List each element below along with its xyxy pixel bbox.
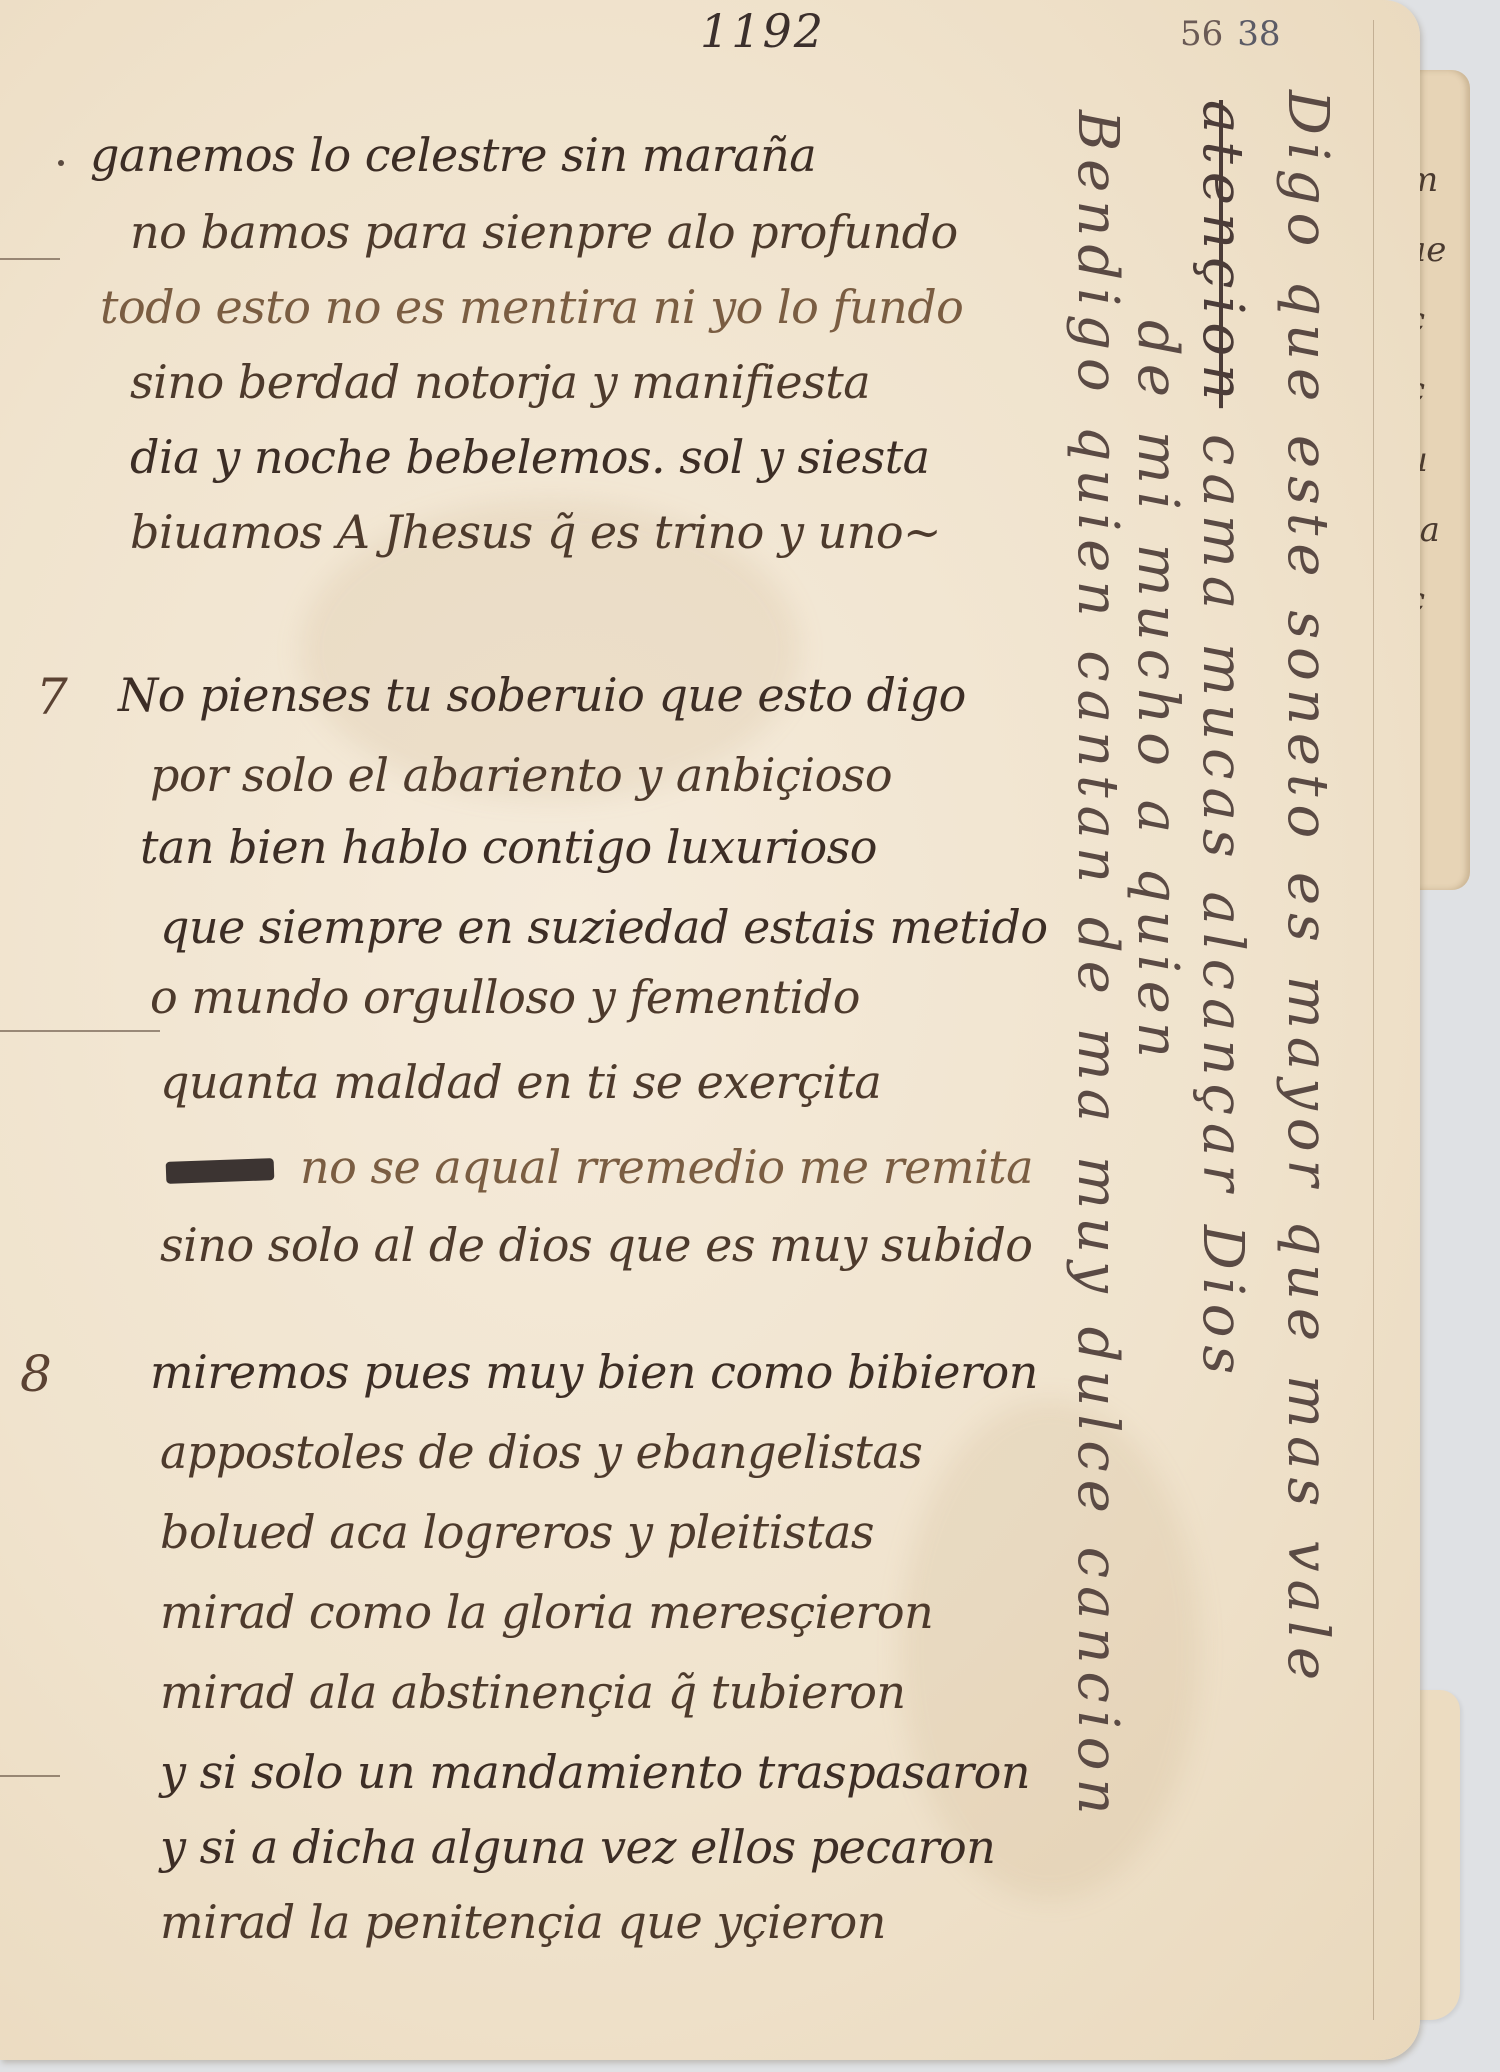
verse-line: mirad la penitençia que yçieron xyxy=(160,1895,886,1949)
verse-line: sino berdad notorja y manifiesta xyxy=(130,355,870,409)
margin-vertical-line: atençion cama mucas alcançar Dios xyxy=(1190,100,1255,1382)
verse-line: mirad como la gloria meresçieron xyxy=(160,1585,933,1639)
stanza-number: 8 xyxy=(20,1345,52,1403)
paper-crease xyxy=(0,258,60,260)
struck-word: atençion xyxy=(1190,100,1255,408)
verse-line: No pienses tu soberuio que esto digo xyxy=(118,668,966,722)
margin-text: Bendigo quien cantan de ma muy dulce can… xyxy=(1065,110,1130,1823)
ink-blot-struck-word xyxy=(166,1158,275,1184)
verse-line: o mundo orgulloso y fementido xyxy=(150,970,860,1024)
verse-line: miremos pues muy bien como bibieron xyxy=(150,1345,1038,1399)
margin-vertical-line: Bendigo quien cantan de ma muy dulce can… xyxy=(1065,110,1130,1823)
stanza-bullet xyxy=(58,160,64,166)
margin-vertical-line: Digo que este soneto es mayor que mas va… xyxy=(1275,90,1340,1688)
folio-right-numbers: 5638 xyxy=(1180,14,1281,54)
verse-line: y si a dicha alguna vez ellos pecaron xyxy=(160,1820,995,1874)
margin-text: cama mucas alcançar Dios xyxy=(1190,434,1255,1382)
folio-right-a: 56 xyxy=(1180,14,1223,54)
margin-text: Digo que este soneto es mayor que mas va… xyxy=(1275,90,1340,1688)
verse-line: no se aqual rremedio me remita xyxy=(300,1140,1033,1194)
verse-line: appostoles de dios y ebangelistas xyxy=(160,1425,922,1479)
folio-number: 1192 xyxy=(700,4,825,58)
verse-line: sino solo al de dios que es muy subido xyxy=(160,1218,1032,1272)
verse-line: no bamos para sienpre alo profundo xyxy=(130,205,958,259)
verse-line: que siempre en suziedad estais metido xyxy=(160,900,1048,954)
verse-line: mirad ala abstinençia q̃ tubieron xyxy=(160,1665,906,1719)
verse-line: dia y noche bebelemos. sol y siesta xyxy=(130,430,930,484)
margin-vertical-line: de mi mucho a quien xyxy=(1125,320,1190,1066)
stanza-number: 7 xyxy=(36,668,68,726)
paper-crease xyxy=(0,1030,160,1032)
verse-line: y si solo un mandamiento traspasaron xyxy=(160,1745,1030,1799)
verse-line: tan bien hablo contigo luxurioso xyxy=(140,820,877,874)
verse-line: ganemos lo celestre sin maraña xyxy=(90,128,816,182)
verse-line: bolued aca logreros y pleitistas xyxy=(160,1505,874,1559)
margin-text: de mi mucho a quien xyxy=(1125,320,1190,1066)
verse-line: biuamos A Jhesus q̃ es trino y uno~ xyxy=(130,505,941,559)
verse-line: por solo el abariento y anbiçioso xyxy=(150,748,892,802)
verse-line: quanta maldad en ti se exerçita xyxy=(160,1055,881,1109)
manuscript-page: 1192 5638 ganemos lo celestre sin maraña… xyxy=(0,0,1420,2060)
folio-right-b: 38 xyxy=(1237,14,1280,54)
verse-line: todo esto no es mentira ni yo lo fundo xyxy=(100,280,963,334)
paper-crease xyxy=(0,1775,60,1777)
